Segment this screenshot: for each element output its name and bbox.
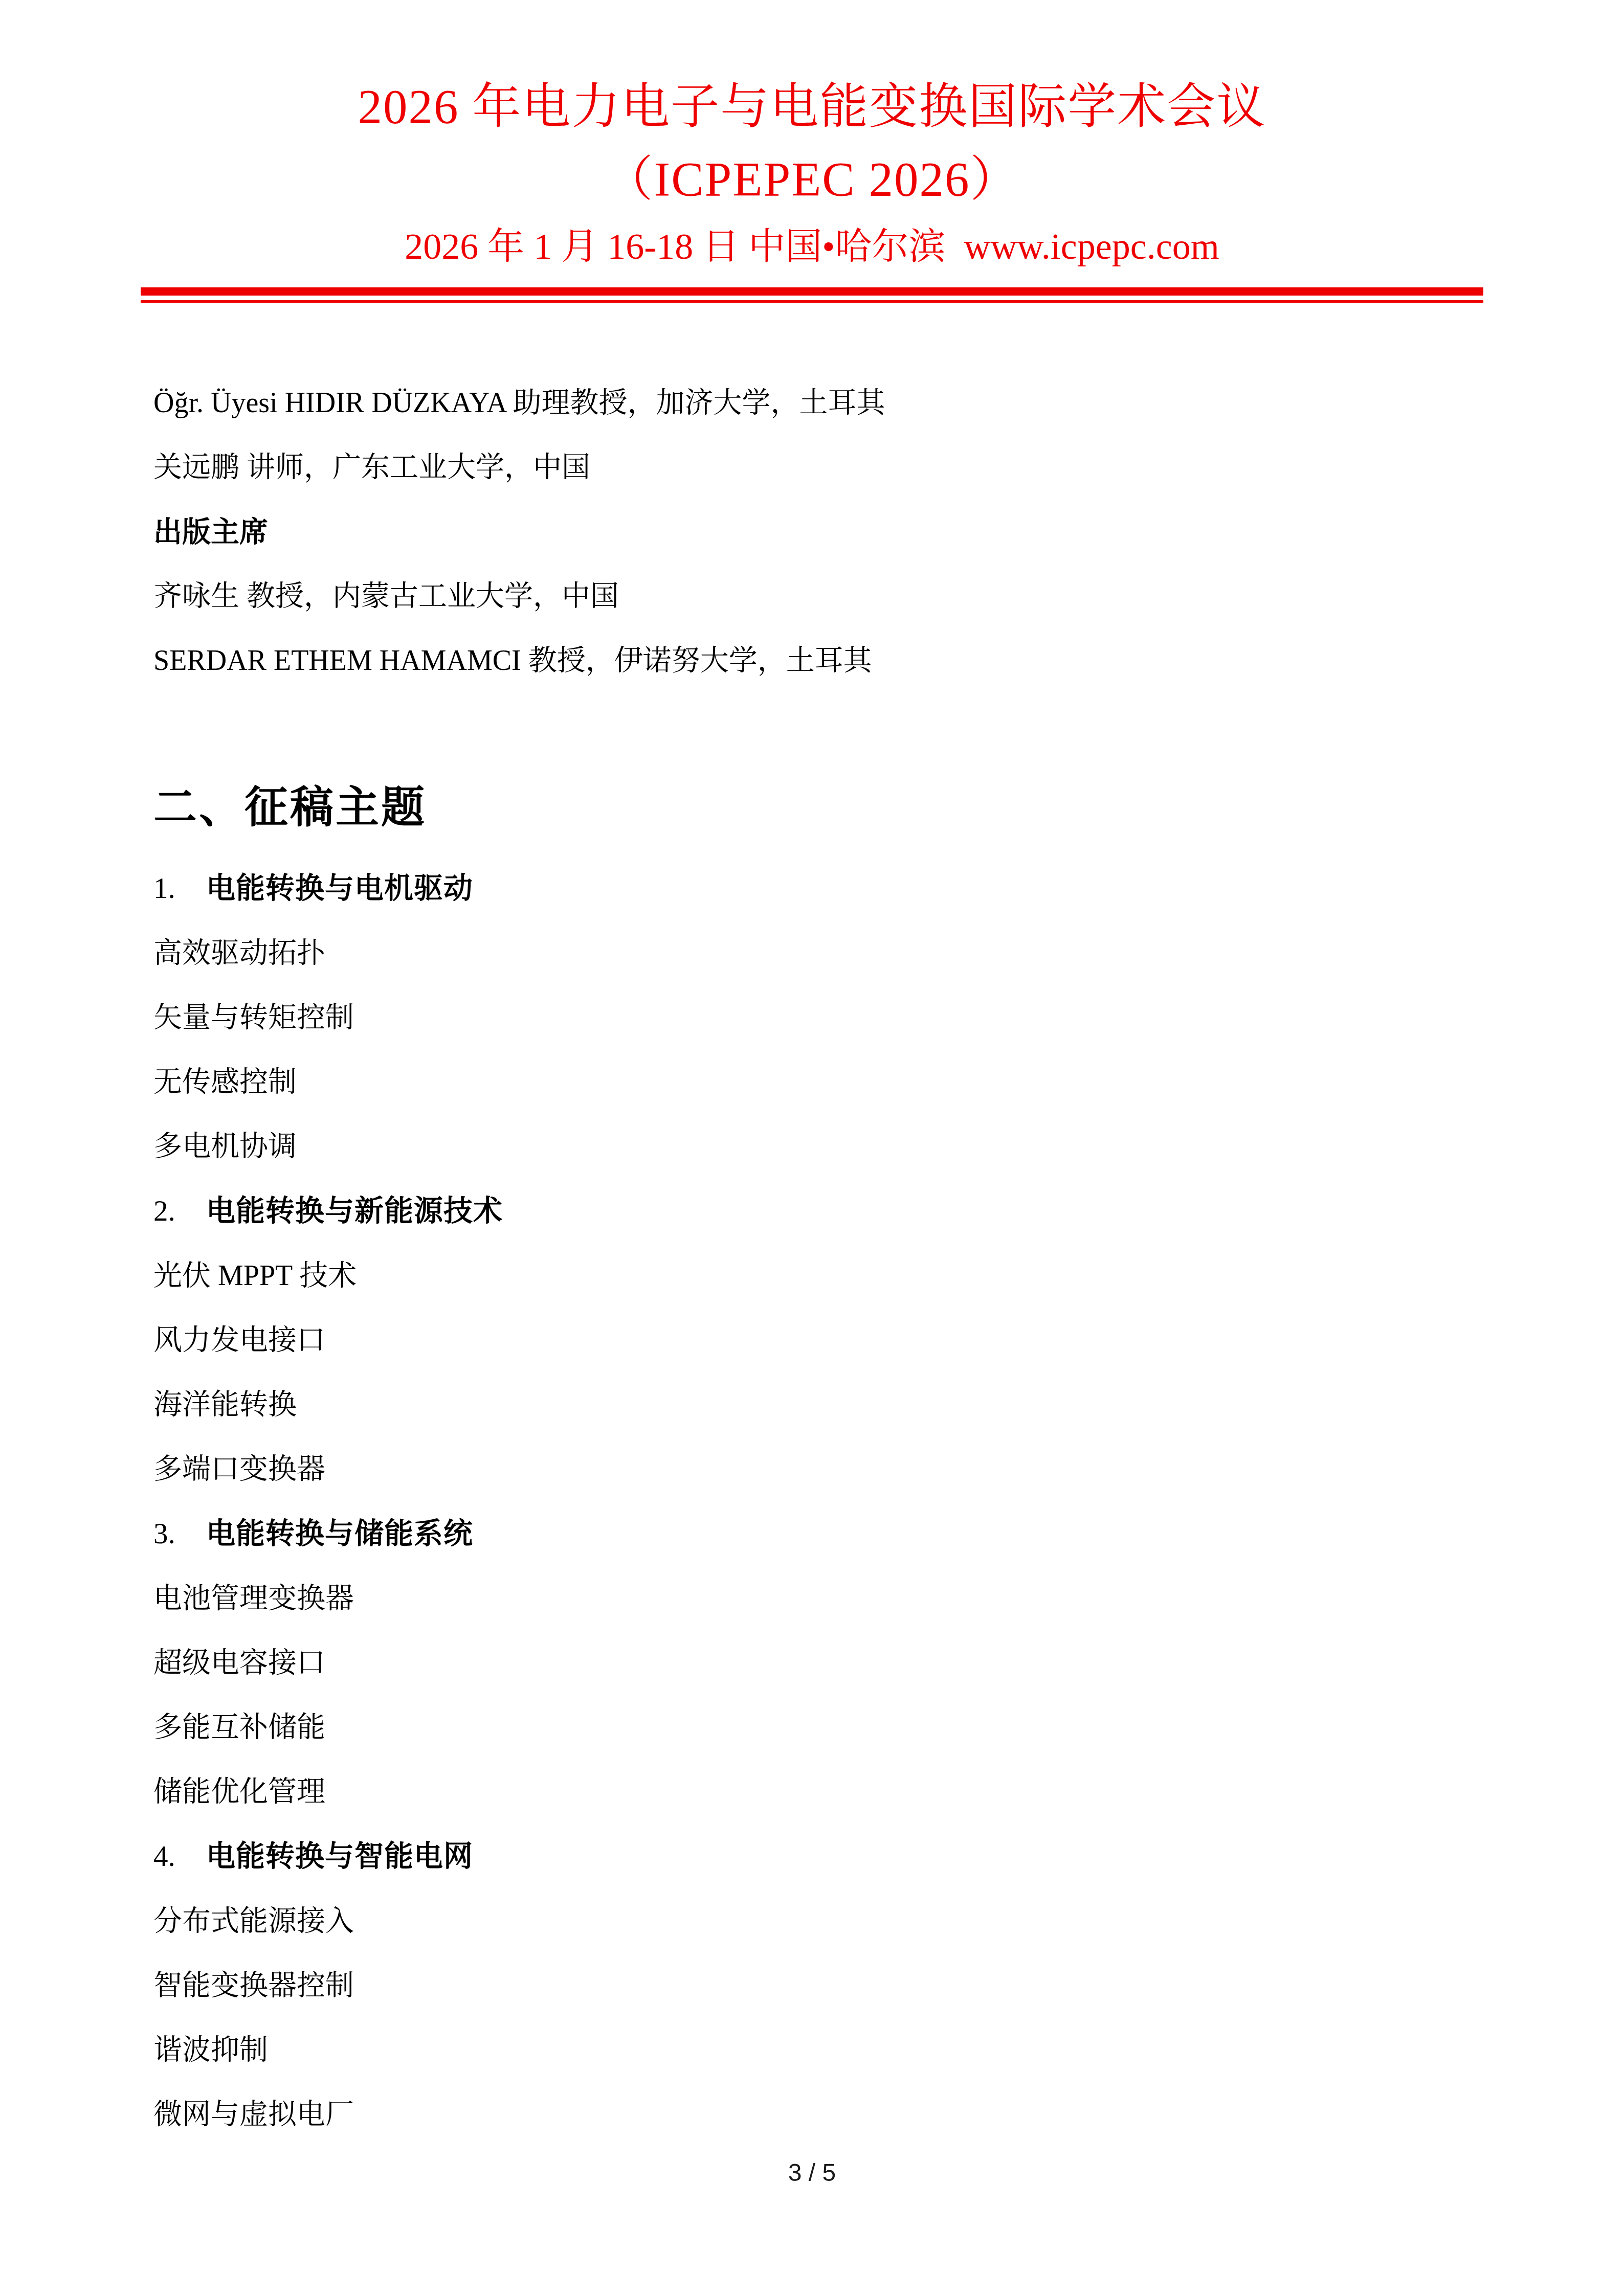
conference-title-line1: 2026 年电力电子与电能变换国际学术会议: [0, 71, 1624, 143]
topic-group-2-title: 2.电能转换与新能源技术: [153, 1179, 1471, 1244]
topic-item: 智能变换器控制: [153, 1953, 1471, 2018]
page-number: 3 / 5: [0, 2159, 1624, 2188]
conference-title-line2: （ICPEPEC 2026）: [0, 143, 1624, 216]
publication-chair-member: 齐咏生 教授，内蒙古工业大学，中国: [153, 564, 1471, 628]
topic-group-4-number: 4.: [153, 1825, 206, 1889]
conference-date-location-url: 2026 年 1 月 16-18 日 中国•哈尔滨 www.icpepc.com: [0, 221, 1624, 272]
topics-section-heading: 二、征稿主题: [153, 785, 1471, 830]
divider-thin-line: [141, 300, 1483, 303]
topic-item: 无传感控制: [153, 1050, 1471, 1114]
document-page: 2026 年电力电子与电能变换国际学术会议 （ICPEPEC 2026） 202…: [0, 0, 1624, 2296]
topic-item: 风力发电接口: [153, 1308, 1471, 1372]
topic-item: 微网与虚拟电厂: [153, 2082, 1471, 2147]
topic-group-1-label: 电能转换与电机驱动: [206, 872, 473, 905]
topic-item: 多端口变换器: [153, 1437, 1471, 1501]
topic-item: 海洋能转换: [153, 1372, 1471, 1437]
topic-group-4-title: 4.电能转换与智能电网: [153, 1824, 1471, 1889]
divider-thick-line: [141, 287, 1483, 296]
committee-member: 关远鹏 讲师，广东工业大学，中国: [153, 435, 1471, 500]
topic-group-1-title: 1.电能转换与电机驱动: [153, 856, 1471, 921]
topic-group-4-label: 电能转换与智能电网: [206, 1840, 473, 1873]
topic-item: 高效驱动拓扑: [153, 921, 1471, 985]
topic-item: 多能互补储能: [153, 1695, 1471, 1760]
document-footer: 3 / 5: [0, 2159, 1624, 2188]
topic-group-3-number: 3.: [153, 1502, 206, 1566]
topic-group-2-number: 2.: [153, 1179, 206, 1244]
topic-item: 谐波抑制: [153, 2018, 1471, 2082]
topic-item: 电池管理变换器: [153, 1566, 1471, 1631]
publication-chair-member: SERDAR ETHEM HAMAMCI 教授，伊诺努大学，土耳其: [153, 628, 1471, 693]
document-header: 2026 年电力电子与电能变换国际学术会议 （ICPEPEC 2026） 202…: [0, 0, 1624, 303]
topic-item: 超级电容接口: [153, 1631, 1471, 1695]
topic-group-1-number: 1.: [153, 857, 206, 921]
publication-chair-heading: 出版主席: [153, 500, 1471, 564]
topic-item: 储能优化管理: [153, 1760, 1471, 1824]
topic-group-3-label: 电能转换与储能系统: [206, 1517, 473, 1550]
topic-group-2-label: 电能转换与新能源技术: [206, 1195, 503, 1227]
topic-item: 矢量与转矩控制: [153, 985, 1471, 1050]
document-body: Öğr. Üyesi HIDIR DÜZKAYA 助理教授，加济大学，土耳其 关…: [153, 371, 1471, 2147]
topic-item: 多电机协调: [153, 1114, 1471, 1179]
committee-member: Öğr. Üyesi HIDIR DÜZKAYA 助理教授，加济大学，土耳其: [153, 371, 1471, 435]
topic-item: 分布式能源接入: [153, 1889, 1471, 1953]
topic-group-3-title: 3.电能转换与储能系统: [153, 1501, 1471, 1566]
header-divider: [141, 287, 1483, 303]
topic-item: 光伏 MPPT 技术: [153, 1244, 1471, 1308]
